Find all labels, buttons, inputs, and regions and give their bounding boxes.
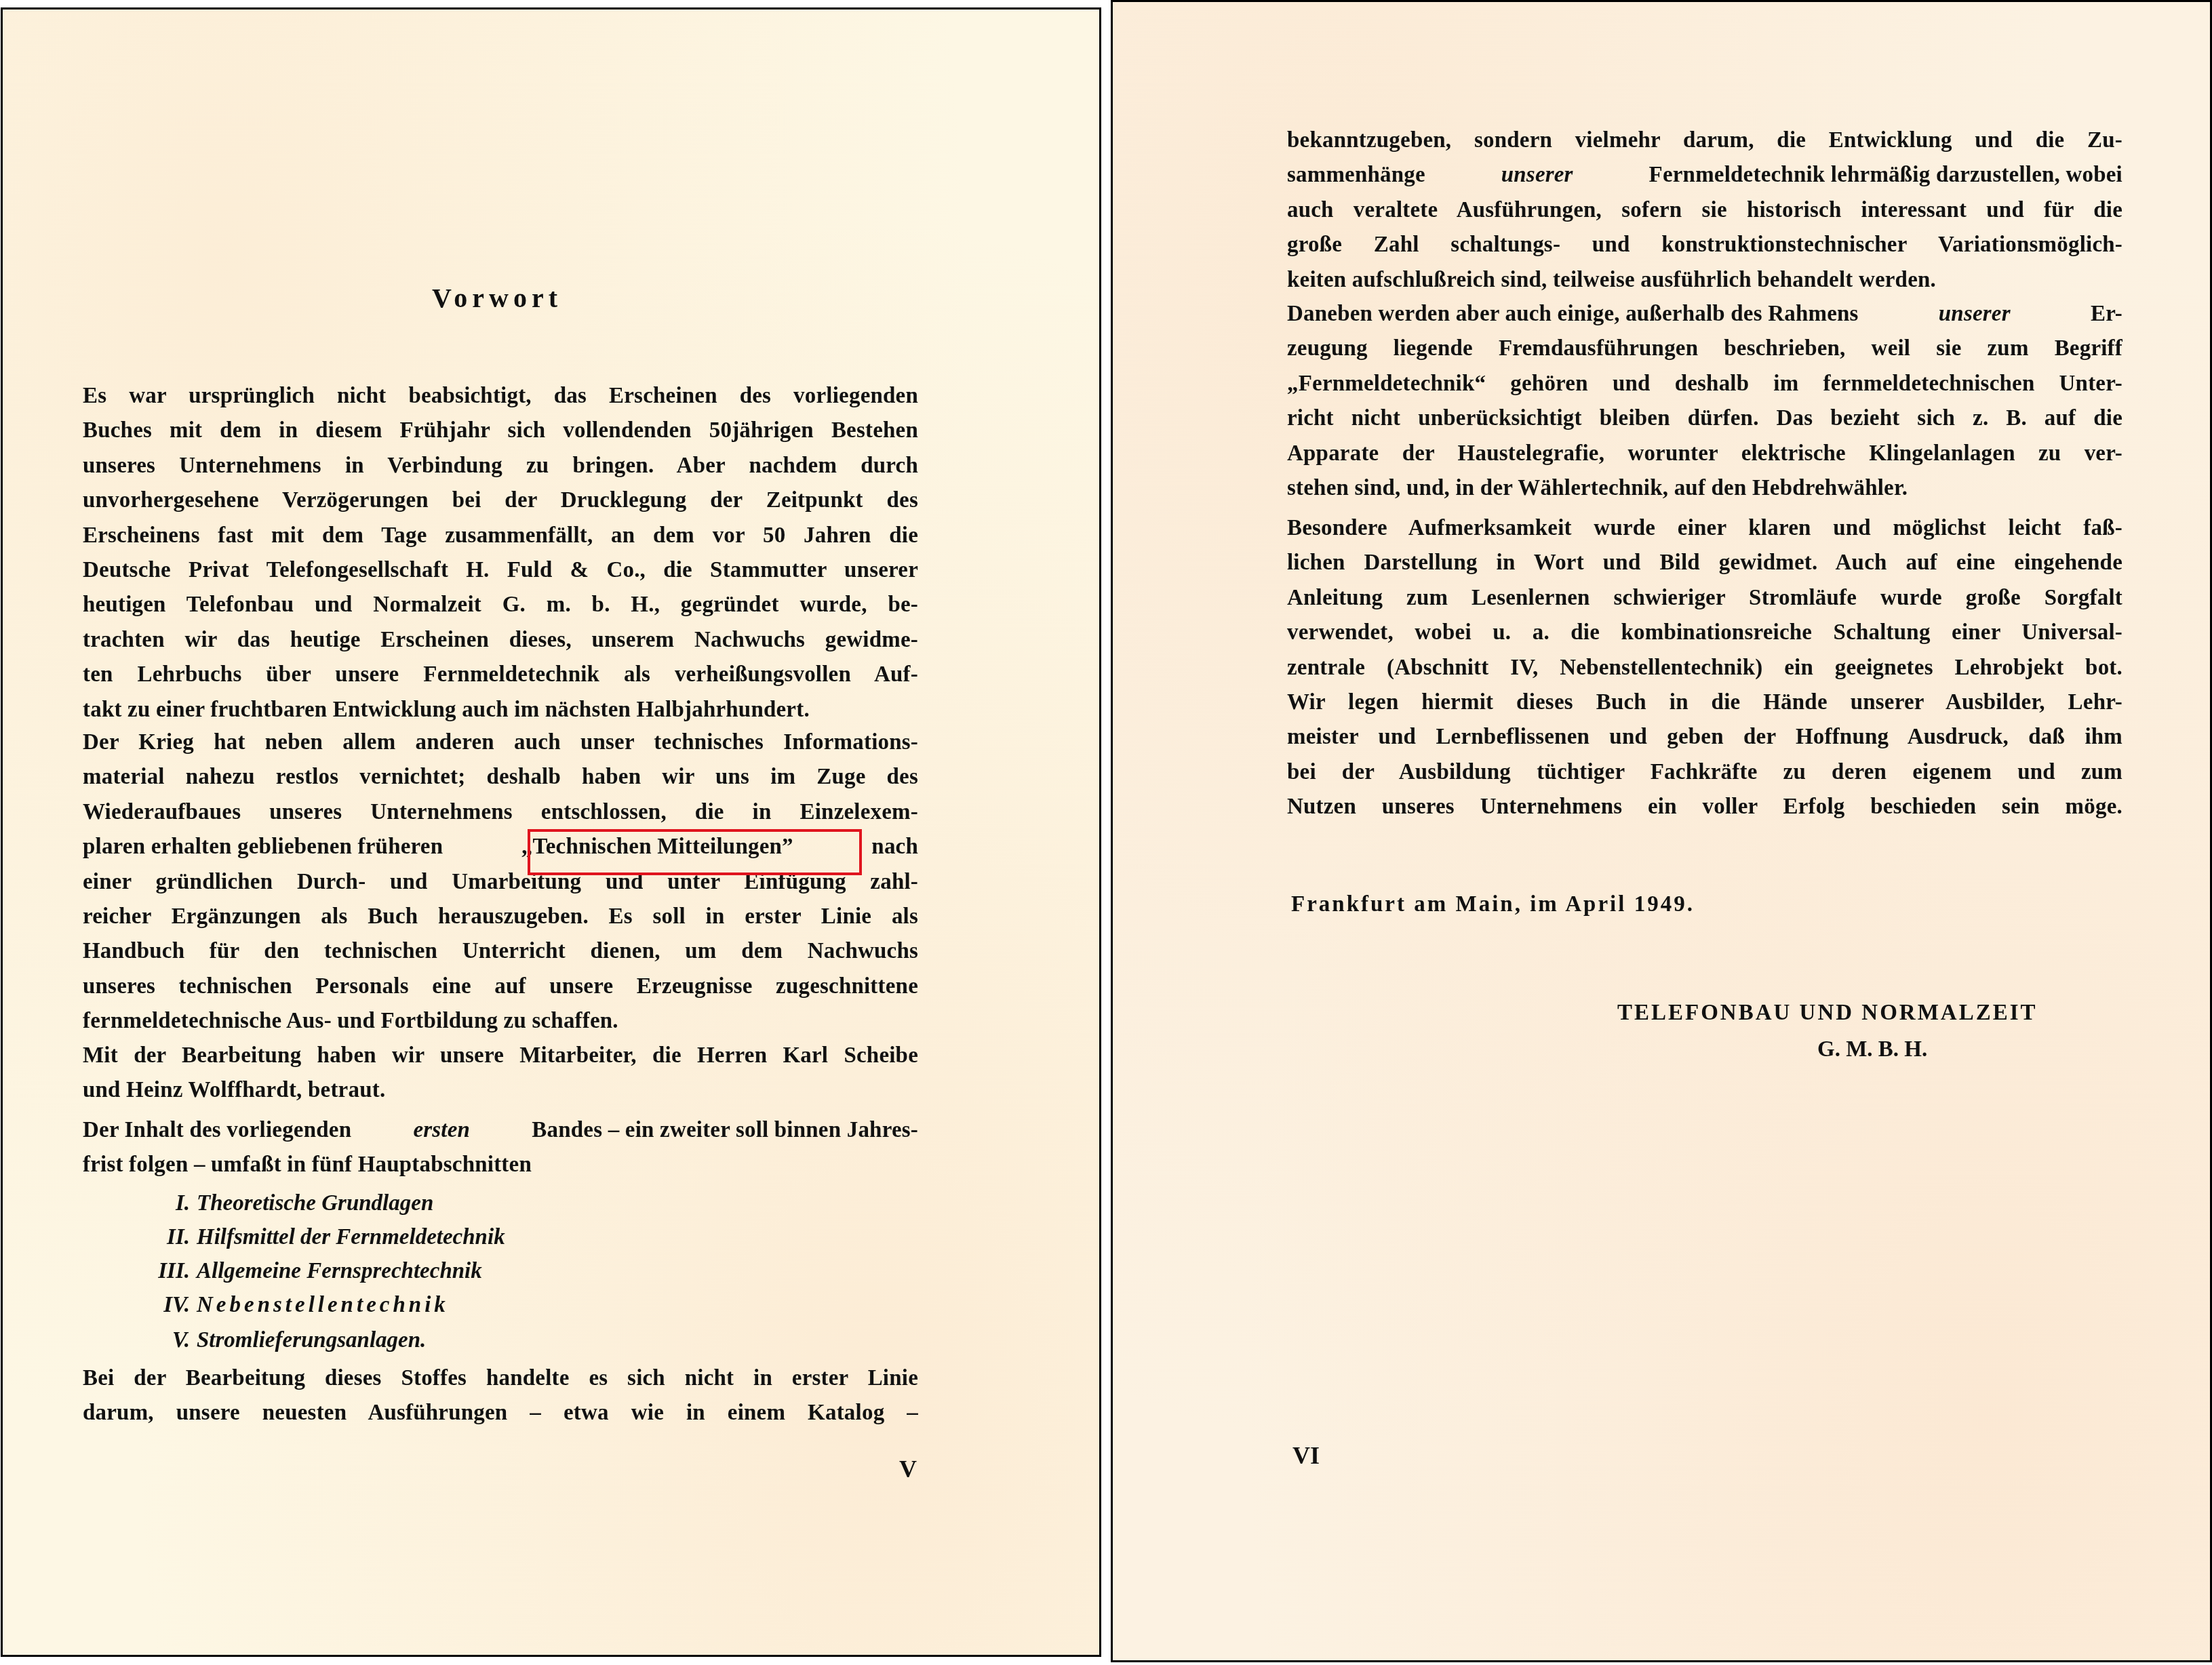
text-line: Nutzen unseres Unternehmens ein voller E… <box>1287 790 2122 824</box>
text-line: reicher Ergänzungen als Buch herauszugeb… <box>83 900 918 934</box>
section-item-2: II.Hilfsmittel der Fernmeldetechnik <box>142 1220 505 1255</box>
text-line: material nahezu restlos vernichtet; desh… <box>83 760 918 795</box>
text-line: unseres Unternehmens in Verbindung zu br… <box>83 449 918 483</box>
text-line: stehen sind, und, in der Wählertechnik, … <box>1287 471 2122 506</box>
text-line: sammenhänge unserer Fernmeldetechnik leh… <box>1287 158 2122 193</box>
section-item-5: V.Stromlieferungsanlagen. <box>142 1323 426 1358</box>
text-fragment: nach <box>871 830 918 864</box>
section-item-1: I.Theoretische Grundlagen <box>142 1186 433 1221</box>
italic-emphasis: unserer <box>1501 158 1573 193</box>
right-paragraph-3: Besondere Aufmerksamkeit wurde einer kla… <box>1287 511 2122 825</box>
text-line: Handbuch für den technischen Unterricht … <box>83 934 918 969</box>
text-line: Apparate der Haustelegrafie, worunter el… <box>1287 437 2122 471</box>
text-line: Anleitung zum Lesenlernen schwieriger St… <box>1287 581 2122 616</box>
text-line: takt zu einer fruchtbaren Entwicklung au… <box>83 693 918 727</box>
section-title: Hilfsmittel der Fernmeldetechnik <box>197 1225 505 1249</box>
section-title: Theoretische Grundlagen <box>197 1191 433 1216</box>
paragraph-4: Der Inhalt des vorliegenden ersten Bande… <box>83 1113 918 1183</box>
text-fragment: sammenhänge <box>1287 158 1425 193</box>
signature-company: TELEFONBAU UND NORMALZEIT <box>1617 1001 2038 1026</box>
text-line: darum, unsere neuesten Ausführungen – et… <box>83 1396 918 1430</box>
text-line: Daneben werden aber auch einige, außerha… <box>1287 297 2122 332</box>
text-line: unvorhergesehene Verzögerungen bei der D… <box>83 483 918 518</box>
text-line: große Zahl schaltungs- und konstruktions… <box>1287 228 2122 262</box>
paragraph-1: Es war ursprünglich nicht beabsichtigt, … <box>83 379 918 727</box>
section-item-3: III.Allgemeine Fernsprechtechnik <box>142 1254 482 1289</box>
text-fragment: plaren erhalten gebliebenen früheren <box>83 830 443 864</box>
section-title: Nebenstellentechnik <box>197 1293 449 1317</box>
text-line: zentrale (Abschnitt IV, Nebenstellentech… <box>1287 651 2122 685</box>
paragraph-2: Der Krieg hat neben allem anderen auch u… <box>83 725 918 1039</box>
section-numeral: I. <box>142 1186 190 1221</box>
place-date: Frankfurt am Main, im April 1949. <box>1291 892 1695 917</box>
text-line: lichen Darstellung in Wort und Bild gewi… <box>1287 546 2122 580</box>
text-fragment: Bandes – ein zweiter soll binnen Jahres- <box>532 1113 918 1148</box>
text-line-highlight: plaren erhalten gebliebenen früheren „Te… <box>83 830 918 864</box>
text-line: Buches mit dem in diesem Frühjahr sich v… <box>83 414 918 448</box>
text-line: und Heinz Wolffhardt, betraut. <box>83 1073 918 1108</box>
text-line: Mit der Bearbeitung haben wir unsere Mit… <box>83 1039 918 1073</box>
text-line: meister und Lernbeflissenen und geben de… <box>1287 720 2122 755</box>
text-line: Wiederaufbaues unseres Unternehmens ents… <box>83 795 918 830</box>
text-line: verwendet, wobei u. a. die kombinationsr… <box>1287 616 2122 650</box>
page-number: V <box>899 1455 917 1483</box>
text-line: Deutsche Privat Telefongesellschaft H. F… <box>83 553 918 588</box>
right-paragraph-1: bekanntzugeben, sondern vielmehr darum, … <box>1287 123 2122 298</box>
text-line: Es war ursprünglich nicht beabsichtigt, … <box>83 379 918 414</box>
text-line: Wir legen hiermit dieses Buch in die Hän… <box>1287 685 2122 720</box>
text-line: zeugung liegende Fremdausführungen besch… <box>1287 332 2122 366</box>
text-line: einer gründlichen Durch- und Umarbeitung… <box>83 865 918 900</box>
paragraph-3: Mit der Bearbeitung haben wir unsere Mit… <box>83 1039 918 1108</box>
section-numeral: IV. <box>142 1288 190 1323</box>
text-line: Bei der Bearbeitung dieses Stoffes hande… <box>83 1361 918 1396</box>
text-fragment: Daneben werden aber auch einige, außerha… <box>1287 297 1859 332</box>
text-line: bekanntzugeben, sondern vielmehr darum, … <box>1287 123 2122 158</box>
text-line: „Fernmeldetechnik“ gehören und deshalb i… <box>1287 367 2122 401</box>
text-fragment: Er- <box>2091 297 2122 332</box>
text-line: Der Inhalt des vorliegenden ersten Bande… <box>83 1113 918 1148</box>
text-line: Der Krieg hat neben allem anderen auch u… <box>83 725 918 760</box>
right-paragraph-2: Daneben werden aber auch einige, außerha… <box>1287 297 2122 506</box>
page-number: VI <box>1292 1441 1320 1470</box>
page-title: Vorwort <box>416 282 578 314</box>
highlighted-phrase: „Technischen Mitteilungen” <box>521 830 793 864</box>
text-line: auch veraltete Ausführungen, sofern sie … <box>1287 193 2122 228</box>
section-title: Stromlieferungsanlagen. <box>197 1328 426 1352</box>
signature-company-suffix: G. M. B. H. <box>1817 1037 1927 1062</box>
text-line: richt nicht unberücksichtigt bleiben dür… <box>1287 401 2122 436</box>
text-fragment: Der Inhalt des vorliegenden <box>83 1113 351 1148</box>
section-numeral: II. <box>142 1220 190 1255</box>
text-line: unseres technischen Personals eine auf u… <box>83 969 918 1004</box>
paragraph-5: Bei der Bearbeitung dieses Stoffes hande… <box>83 1361 918 1431</box>
text-fragment: Fernmeldetechnik lehrmäßig darzustellen,… <box>1649 158 2122 193</box>
section-numeral: III. <box>142 1254 190 1289</box>
section-numeral: V. <box>142 1323 190 1358</box>
italic-emphasis: ersten <box>413 1113 470 1148</box>
text-line: ten Lehrbuchs über unsere Fernmeldetechn… <box>83 658 918 692</box>
text-line: heutigen Telefonbau und Normalzeit G. m.… <box>83 588 918 622</box>
italic-emphasis: unserer <box>1939 297 2011 332</box>
section-item-4: IV.Nebenstellentechnik <box>142 1288 449 1323</box>
text-line: bei der Ausbildung tüchtiger Fachkräfte … <box>1287 755 2122 790</box>
text-line: Erscheinens fast mit dem Tage zusammenfä… <box>83 519 918 553</box>
text-line: frist folgen – umfaßt in fünf Hauptabsch… <box>83 1148 918 1182</box>
text-line: keiten aufschlußreich sind, teilweise au… <box>1287 263 2122 298</box>
text-line: Besondere Aufmerksamkeit wurde einer kla… <box>1287 511 2122 546</box>
text-line: trachten wir das heutige Erscheinen dies… <box>83 623 918 658</box>
text-line: fernmeldetechnische Aus- und Fortbildung… <box>83 1004 918 1039</box>
section-title: Allgemeine Fernsprechtechnik <box>197 1259 482 1283</box>
